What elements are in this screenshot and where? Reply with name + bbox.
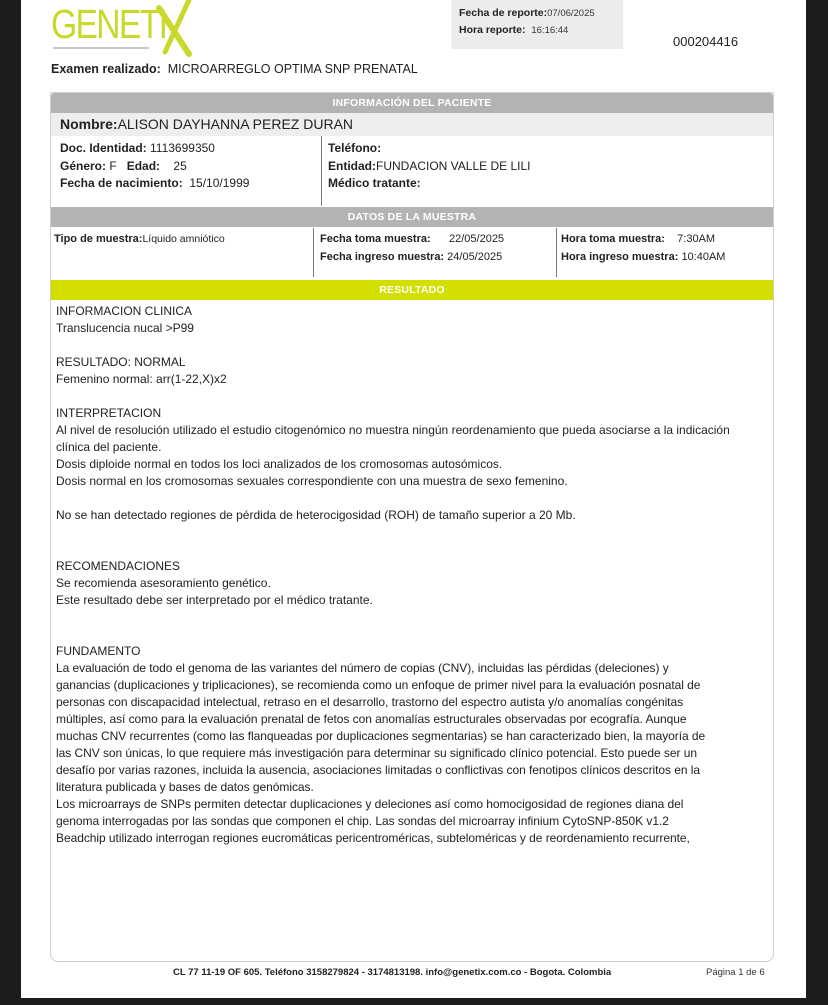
logo-tagline bbox=[53, 47, 149, 49]
genetix-logo: GENETI bbox=[51, 0, 191, 60]
clinical-text: Translucencia nucal >P99 bbox=[56, 320, 771, 337]
intake-date-value: 24/05/2025 bbox=[447, 251, 502, 263]
clinical-heading: INFORMACION CLINICA bbox=[56, 303, 771, 320]
patient-left-cell: Doc. Identidad: 1113699350 Género: F Eda… bbox=[60, 140, 249, 193]
fundamento-line: Beadchip utilizado interrogan regiones e… bbox=[56, 830, 771, 847]
age-value: 25 bbox=[173, 159, 186, 173]
sample-type-cell: Tipo de muestra:Líquido amniótico bbox=[54, 231, 225, 249]
gender-value: F bbox=[109, 159, 116, 173]
exam-performed: Examen realizado: MICROARREGLO OPTIMA SN… bbox=[51, 62, 418, 76]
result-heading: RESULTADO: NORMAL bbox=[56, 354, 771, 371]
fundamento-line: La evaluación de todo el genoma de las v… bbox=[56, 660, 771, 677]
collect-date-value: 22/05/2025 bbox=[449, 233, 504, 245]
birth-value: 15/10/1999 bbox=[189, 176, 249, 190]
footer-address: CL 77 11-19 OF 605. Teléfono 3158279824 … bbox=[173, 967, 611, 978]
sample-times-cell: Hora toma muestra: 7:30AM Hora ingreso m… bbox=[561, 231, 725, 266]
fundamento-line: las CNV son únicas, lo que requiere más … bbox=[56, 745, 771, 762]
result-text: Femenino normal: arr(1-22,X)x2 bbox=[56, 371, 771, 388]
exam-label: Examen realizado: bbox=[51, 62, 161, 76]
divider bbox=[321, 136, 322, 206]
result-content: INFORMACION CLINICA Translucencia nucal … bbox=[56, 303, 771, 847]
logo-x-icon bbox=[155, 0, 197, 58]
age-label: Edad: bbox=[127, 159, 160, 173]
patient-name: ALISON DAYHANNA PEREZ DURAN bbox=[118, 116, 353, 132]
report-number: 000204416 bbox=[673, 34, 738, 49]
doc-value: 1113699350 bbox=[150, 141, 215, 155]
fundamento-line: muchas CNV recurrentes (como las flanque… bbox=[56, 728, 771, 745]
roh-text: No se han detectado regiones de pérdida … bbox=[56, 507, 771, 524]
intake-date-label: Fecha ingreso muestra: bbox=[320, 251, 444, 263]
interpretation-line: Al nivel de resolución utilizado el estu… bbox=[56, 422, 771, 439]
logo-wordmark: GENETI bbox=[51, 2, 166, 46]
report-time: 16:16:44 bbox=[531, 25, 568, 36]
interpretation-heading: INTERPRETACION bbox=[56, 405, 771, 422]
intake-time-value: 10:40AM bbox=[681, 251, 725, 263]
fundamento-line: ganancias (duplicaciones y triplicacione… bbox=[56, 677, 771, 694]
report-info-box: Fecha de reporte:07/06/2025 Hora reporte… bbox=[451, 0, 623, 49]
recommendations-heading: RECOMENDACIONES bbox=[56, 558, 771, 575]
report-date-label: Fecha de reporte: bbox=[459, 7, 547, 19]
sample-section-header: DATOS DE LA MUESTRA bbox=[51, 207, 773, 227]
exam-value: MICROARREGLO OPTIMA SNP PRENATAL bbox=[168, 62, 418, 76]
fundamento-line: genoma interrogadas por las sondas que c… bbox=[56, 813, 771, 830]
divider bbox=[556, 228, 557, 277]
recommendation-line: Se recomienda asesoramiento genético. bbox=[56, 575, 771, 592]
interpretation-line: clínica del paciente. bbox=[56, 439, 771, 456]
patient-right-cell: Teléfono: Entidad:FUNDACION VALLE DE LIL… bbox=[328, 140, 531, 193]
patient-section-header: INFORMACIÓN DEL PACIENTE bbox=[51, 93, 773, 113]
recommendation-line: Este resultado debe ser interpretado por… bbox=[56, 592, 771, 609]
gender-label: Género: bbox=[60, 159, 106, 173]
fundamento-line: Los microarrays de SNPs permiten detecta… bbox=[56, 796, 771, 813]
fundamento-line: desafío por varias razones, incluida la … bbox=[56, 762, 771, 779]
sample-type-value: Líquido amniótico bbox=[142, 233, 224, 245]
result-section-header: RESULTADO bbox=[51, 280, 773, 300]
doc-label: Doc. Identidad: bbox=[60, 141, 147, 155]
fundamento-line: literatura publicada y bases de datos ge… bbox=[56, 779, 771, 796]
report-page: GENETI Fecha de reporte:07/06/2025 Hora … bbox=[21, 0, 806, 998]
page-number: Página 1 de 6 bbox=[706, 967, 765, 978]
collect-date-label: Fecha toma muestra: bbox=[320, 233, 431, 245]
fundamento-line: múltiples, así como para la evaluación p… bbox=[56, 711, 771, 728]
report-date: 07/06/2025 bbox=[547, 8, 595, 19]
entity-label: Entidad: bbox=[328, 159, 376, 173]
sample-type-label: Tipo de muestra: bbox=[54, 233, 142, 245]
report-body: INFORMACIÓN DEL PACIENTE Nombre:ALISON D… bbox=[50, 92, 774, 962]
fundamento-line: personas con discapacidad intelectual, r… bbox=[56, 694, 771, 711]
interpretation-line: Dosis normal en los cromosomas sexuales … bbox=[56, 473, 771, 490]
collect-time-value: 7:30AM bbox=[677, 233, 715, 245]
doctor-label: Médico tratante: bbox=[328, 176, 421, 190]
divider bbox=[313, 228, 314, 277]
phone-label: Teléfono: bbox=[328, 141, 381, 155]
intake-time-label: Hora ingreso muestra: bbox=[561, 251, 678, 263]
fundamento-text: La evaluación de todo el genoma de las v… bbox=[56, 660, 771, 847]
patient-name-row: Nombre:ALISON DAYHANNA PEREZ DURAN bbox=[51, 113, 773, 136]
fundamento-heading: FUNDAMENTO bbox=[56, 643, 771, 660]
entity-value: FUNDACION VALLE DE LILI bbox=[376, 159, 531, 173]
name-label: Nombre: bbox=[60, 116, 118, 132]
interpretation-line: Dosis diploide normal en todos los loci … bbox=[56, 456, 771, 473]
sample-dates-cell: Fecha toma muestra: 22/05/2025 Fecha ing… bbox=[320, 231, 504, 266]
collect-time-label: Hora toma muestra: bbox=[561, 233, 665, 245]
report-time-label: Hora reporte: bbox=[459, 24, 526, 36]
birth-label: Fecha de nacimiento: bbox=[60, 176, 183, 190]
